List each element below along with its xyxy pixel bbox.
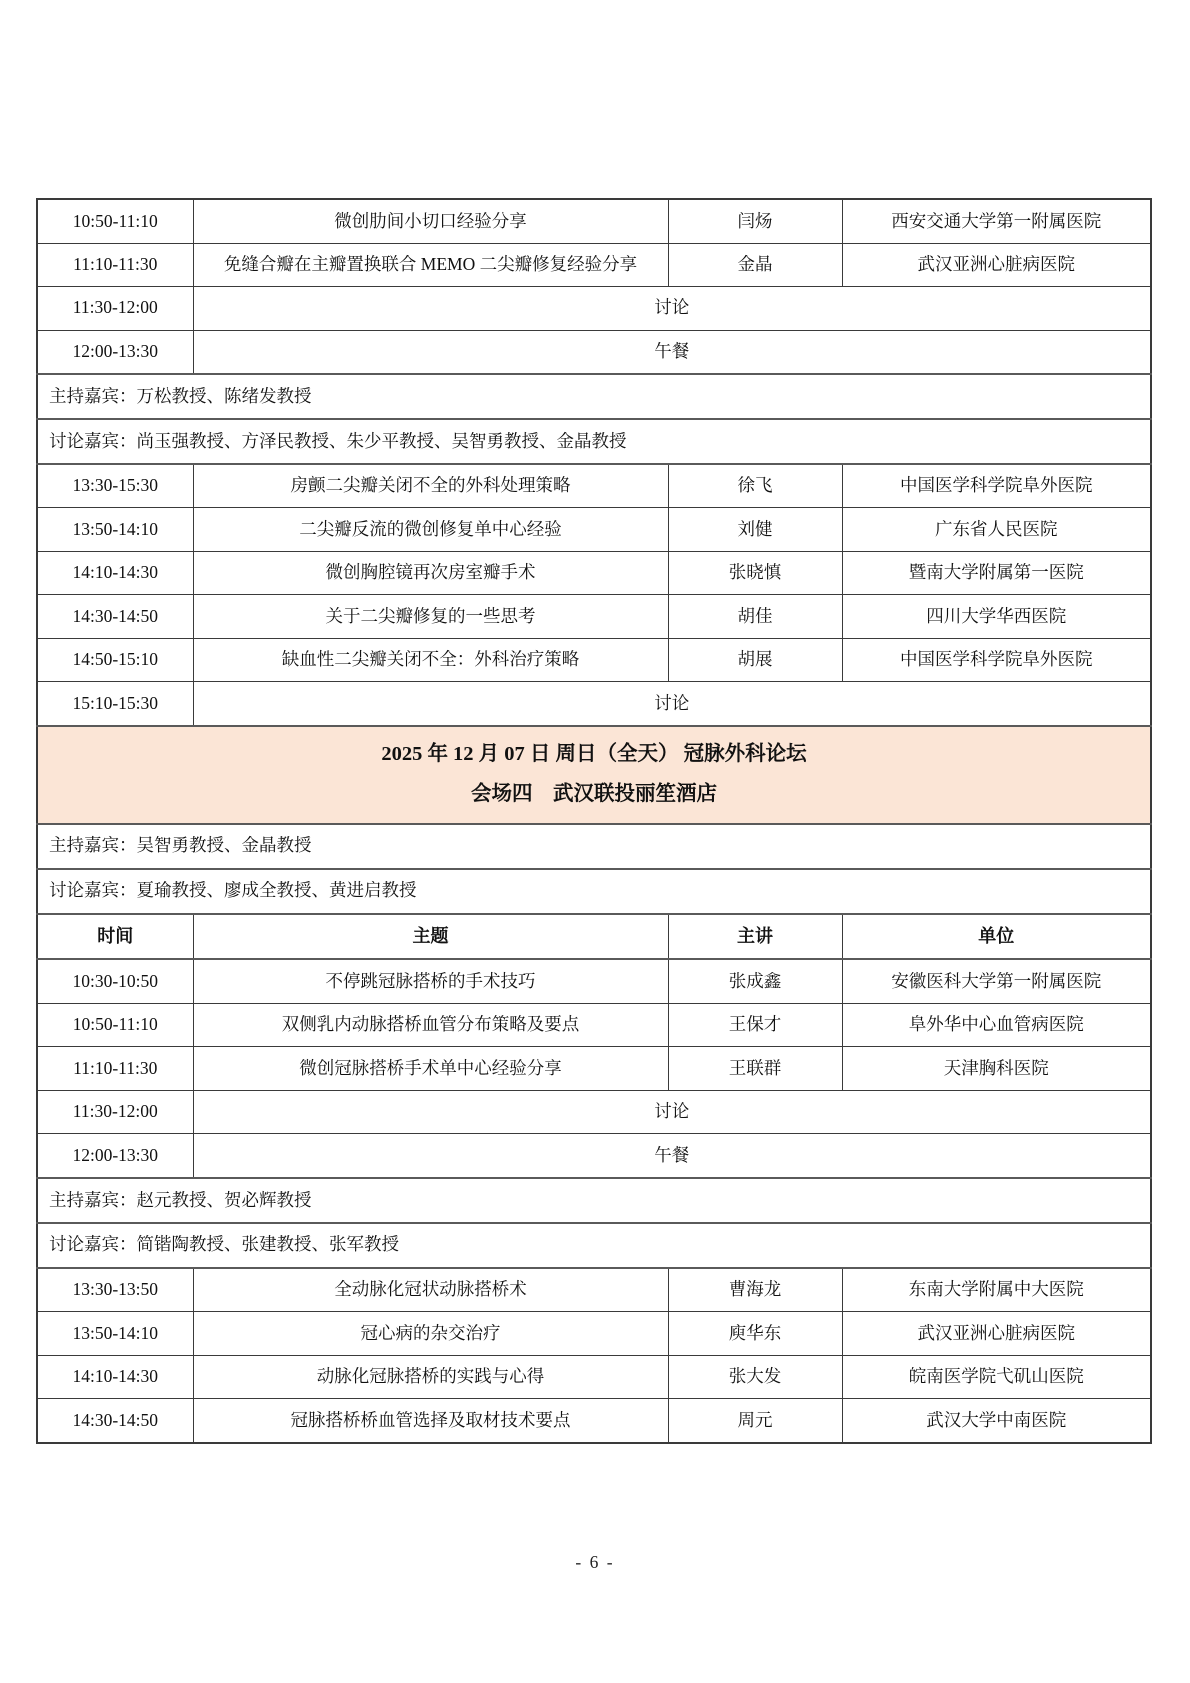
unit-cell: 四川大学华西医院 xyxy=(842,595,1151,638)
section-band-title: 2025 年 12 月 07 日 周日（全天） 冠脉外科论坛 xyxy=(38,735,1150,775)
col-header-unit: 单位 xyxy=(842,914,1151,960)
time-cell: 11:10-11:30 xyxy=(37,243,193,286)
table-row: 14:10-14:30动脉化冠脉搭桥的实践与心得张大发皖南医学院弋矶山医院 xyxy=(37,1355,1151,1398)
merged-label-cell: 讨论 xyxy=(193,682,1151,726)
col-header-speaker: 主讲 xyxy=(668,914,842,960)
table-row: 讨论嘉宾：简锴陶教授、张建教授、张军教授 xyxy=(37,1223,1151,1268)
table-row: 12:00-13:30午餐 xyxy=(37,330,1151,374)
speaker-cell: 庾华东 xyxy=(668,1312,842,1355)
topic-cell: 全动脉化冠状动脉搭桥术 xyxy=(193,1268,668,1312)
topic-cell: 房颤二尖瓣关闭不全的外科处理策略 xyxy=(193,464,668,508)
table-row: 11:30-12:00讨论 xyxy=(37,287,1151,330)
topic-cell: 双侧乳内动脉搭桥血管分布策略及要点 xyxy=(193,1004,668,1047)
speaker-cell: 刘健 xyxy=(668,508,842,551)
table-row: 12:00-13:30午餐 xyxy=(37,1134,1151,1178)
table-row: 10:50-11:10微创肋间小切口经验分享闫炀西安交通大学第一附属医院 xyxy=(37,199,1151,243)
table-row: 13:50-14:10二尖瓣反流的微创修复单中心经验刘健广东省人民医院 xyxy=(37,508,1151,551)
speaker-cell: 曹海龙 xyxy=(668,1268,842,1312)
merged-label-cell: 午餐 xyxy=(193,330,1151,374)
time-cell: 10:30-10:50 xyxy=(37,959,193,1003)
table-row: 14:30-14:50冠脉搭桥桥血管选择及取材技术要点周元武汉大学中南医院 xyxy=(37,1399,1151,1443)
time-cell: 14:30-14:50 xyxy=(37,1399,193,1443)
table-row: 11:30-12:00讨论 xyxy=(37,1090,1151,1133)
speaker-cell: 金晶 xyxy=(668,243,842,286)
page-number: - 6 - xyxy=(0,1552,1190,1573)
topic-cell: 不停跳冠脉搭桥的手术技巧 xyxy=(193,959,668,1003)
hosts-cell: 主持嘉宾：赵元教授、贺必辉教授 xyxy=(37,1178,1151,1223)
unit-cell: 皖南医学院弋矶山医院 xyxy=(842,1355,1151,1398)
unit-cell: 武汉亚洲心脏病医院 xyxy=(842,243,1151,286)
table-row: 10:50-11:10双侧乳内动脉搭桥血管分布策略及要点王保才阜外华中心血管病医… xyxy=(37,1004,1151,1047)
section-band: 2025 年 12 月 07 日 周日（全天） 冠脉外科论坛会场四 武汉联投丽笙… xyxy=(37,726,1151,824)
topic-cell: 免缝合瓣在主瓣置换联合 MEMO 二尖瓣修复经验分享 xyxy=(193,243,668,286)
time-cell: 10:50-11:10 xyxy=(37,199,193,243)
unit-cell: 安徽医科大学第一附属医院 xyxy=(842,959,1151,1003)
table-row: 14:10-14:30微创胸腔镜再次房室瓣手术张晓慎暨南大学附属第一医院 xyxy=(37,551,1151,594)
unit-cell: 西安交通大学第一附属医院 xyxy=(842,199,1151,243)
table-row: 2025 年 12 月 07 日 周日（全天） 冠脉外科论坛会场四 武汉联投丽笙… xyxy=(37,726,1151,824)
table-row: 讨论嘉宾：尚玉强教授、方泽民教授、朱少平教授、吴智勇教授、金晶教授 xyxy=(37,419,1151,464)
col-header-topic: 主题 xyxy=(193,914,668,960)
speaker-cell: 王保才 xyxy=(668,1004,842,1047)
merged-label-cell: 讨论 xyxy=(193,287,1151,330)
table-row: 时间主题主讲单位 xyxy=(37,914,1151,960)
unit-cell: 天津胸科医院 xyxy=(842,1047,1151,1090)
table-row: 13:30-15:30房颤二尖瓣关闭不全的外科处理策略徐飞中国医学科学院阜外医院 xyxy=(37,464,1151,508)
table-row: 主持嘉宾：赵元教授、贺必辉教授 xyxy=(37,1178,1151,1223)
unit-cell: 暨南大学附属第一医院 xyxy=(842,551,1151,594)
speaker-cell: 周元 xyxy=(668,1399,842,1443)
topic-cell: 冠脉搭桥桥血管选择及取材技术要点 xyxy=(193,1399,668,1443)
speaker-cell: 胡佳 xyxy=(668,595,842,638)
time-cell: 12:00-13:30 xyxy=(37,1134,193,1178)
table-row: 13:50-14:10冠心病的杂交治疗庾华东武汉亚洲心脏病医院 xyxy=(37,1312,1151,1355)
topic-cell: 微创冠脉搭桥手术单中心经验分享 xyxy=(193,1047,668,1090)
merged-label-cell: 午餐 xyxy=(193,1134,1151,1178)
topic-cell: 关于二尖瓣修复的一些思考 xyxy=(193,595,668,638)
table-row: 13:30-13:50全动脉化冠状动脉搭桥术曹海龙东南大学附属中大医院 xyxy=(37,1268,1151,1312)
time-cell: 13:30-13:50 xyxy=(37,1268,193,1312)
table-row: 主持嘉宾：吴智勇教授、金晶教授 xyxy=(37,824,1151,869)
unit-cell: 中国医学科学院阜外医院 xyxy=(842,464,1151,508)
time-cell: 14:50-15:10 xyxy=(37,638,193,681)
document-page: 10:50-11:10微创肋间小切口经验分享闫炀西安交通大学第一附属医院11:1… xyxy=(0,0,1190,1683)
table-row: 11:10-11:30微创冠脉搭桥手术单中心经验分享王联群天津胸科医院 xyxy=(37,1047,1151,1090)
schedule-table: 10:50-11:10微创肋间小切口经验分享闫炀西安交通大学第一附属医院11:1… xyxy=(36,198,1152,1444)
hosts-cell: 主持嘉宾：万松教授、陈绪发教授 xyxy=(37,374,1151,419)
table-row: 主持嘉宾：万松教授、陈绪发教授 xyxy=(37,374,1151,419)
col-header-time: 时间 xyxy=(37,914,193,960)
topic-cell: 冠心病的杂交治疗 xyxy=(193,1312,668,1355)
speaker-cell: 徐飞 xyxy=(668,464,842,508)
time-cell: 13:50-14:10 xyxy=(37,1312,193,1355)
topic-cell: 微创肋间小切口经验分享 xyxy=(193,199,668,243)
time-cell: 15:10-15:30 xyxy=(37,682,193,726)
time-cell: 13:50-14:10 xyxy=(37,508,193,551)
hosts-cell: 讨论嘉宾：夏瑜教授、廖成全教授、黄进启教授 xyxy=(37,869,1151,914)
unit-cell: 阜外华中心血管病医院 xyxy=(842,1004,1151,1047)
table-row: 10:30-10:50不停跳冠脉搭桥的手术技巧张成鑫安徽医科大学第一附属医院 xyxy=(37,959,1151,1003)
hosts-cell: 讨论嘉宾：简锴陶教授、张建教授、张军教授 xyxy=(37,1223,1151,1268)
topic-cell: 动脉化冠脉搭桥的实践与心得 xyxy=(193,1355,668,1398)
table-row: 14:30-14:50关于二尖瓣修复的一些思考胡佳四川大学华西医院 xyxy=(37,595,1151,638)
time-cell: 14:10-14:30 xyxy=(37,1355,193,1398)
unit-cell: 武汉大学中南医院 xyxy=(842,1399,1151,1443)
table-row: 15:10-15:30讨论 xyxy=(37,682,1151,726)
hosts-cell: 主持嘉宾：吴智勇教授、金晶教授 xyxy=(37,824,1151,869)
time-cell: 12:00-13:30 xyxy=(37,330,193,374)
section-band-venue: 会场四 武汉联投丽笙酒店 xyxy=(38,775,1150,815)
unit-cell: 中国医学科学院阜外医院 xyxy=(842,638,1151,681)
table-row: 讨论嘉宾：夏瑜教授、廖成全教授、黄进启教授 xyxy=(37,869,1151,914)
speaker-cell: 张成鑫 xyxy=(668,959,842,1003)
topic-cell: 微创胸腔镜再次房室瓣手术 xyxy=(193,551,668,594)
time-cell: 10:50-11:10 xyxy=(37,1004,193,1047)
speaker-cell: 闫炀 xyxy=(668,199,842,243)
unit-cell: 武汉亚洲心脏病医院 xyxy=(842,1312,1151,1355)
topic-cell: 缺血性二尖瓣关闭不全：外科治疗策略 xyxy=(193,638,668,681)
speaker-cell: 王联群 xyxy=(668,1047,842,1090)
time-cell: 11:30-12:00 xyxy=(37,1090,193,1133)
speaker-cell: 胡展 xyxy=(668,638,842,681)
topic-cell: 二尖瓣反流的微创修复单中心经验 xyxy=(193,508,668,551)
time-cell: 14:30-14:50 xyxy=(37,595,193,638)
unit-cell: 广东省人民医院 xyxy=(842,508,1151,551)
speaker-cell: 张大发 xyxy=(668,1355,842,1398)
merged-label-cell: 讨论 xyxy=(193,1090,1151,1133)
table-row: 14:50-15:10缺血性二尖瓣关闭不全：外科治疗策略胡展中国医学科学院阜外医… xyxy=(37,638,1151,681)
schedule-table-body: 10:50-11:10微创肋间小切口经验分享闫炀西安交通大学第一附属医院11:1… xyxy=(37,199,1151,1443)
unit-cell: 东南大学附属中大医院 xyxy=(842,1268,1151,1312)
time-cell: 14:10-14:30 xyxy=(37,551,193,594)
hosts-cell: 讨论嘉宾：尚玉强教授、方泽民教授、朱少平教授、吴智勇教授、金晶教授 xyxy=(37,419,1151,464)
time-cell: 11:30-12:00 xyxy=(37,287,193,330)
speaker-cell: 张晓慎 xyxy=(668,551,842,594)
time-cell: 13:30-15:30 xyxy=(37,464,193,508)
table-row: 11:10-11:30免缝合瓣在主瓣置换联合 MEMO 二尖瓣修复经验分享金晶武… xyxy=(37,243,1151,286)
time-cell: 11:10-11:30 xyxy=(37,1047,193,1090)
